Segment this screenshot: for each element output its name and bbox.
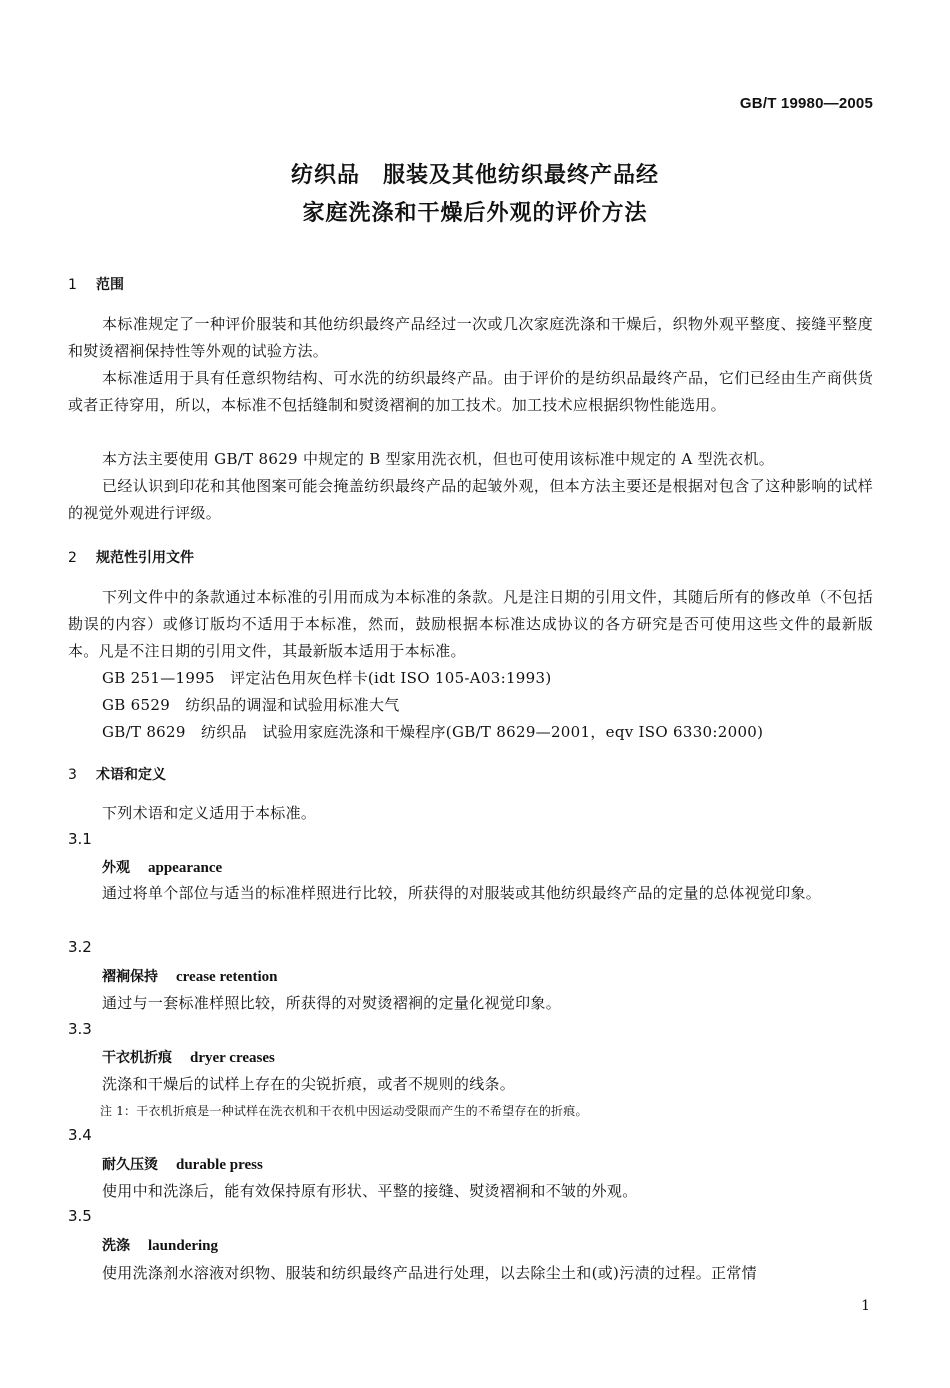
section-title: 术语和定义 (96, 767, 166, 783)
paragraph: 本标准适用于具有任意织物结构、可水洗的纺织最终产品。由于评价的是纺织品最终产品，… (68, 365, 873, 419)
section-2-heading: 2规范性引用文件 (68, 547, 194, 567)
section-3-heading: 3术语和定义 (68, 764, 166, 784)
term-en: crease retention (176, 969, 278, 985)
document-title-line-2: 家庭洗涤和干燥后外观的评价方法 (0, 196, 950, 227)
section-number: 1 (68, 277, 96, 293)
term-heading: 耐久压烫durable press (102, 1154, 263, 1174)
standard-code: GB/T 19980—2005 (740, 95, 873, 112)
term-zh: 洗涤 (102, 1238, 130, 1254)
paragraph: 已经认识到印花和其他图案可能会掩盖纺织最终产品的起皱外观，但本方法主要还是根据对… (68, 473, 873, 527)
clause-number: 3.4 (68, 1126, 92, 1144)
term-heading: 褶裥保持crease retention (102, 966, 278, 986)
term-definition: 使用中和洗涤后，能有效保持原有形状、平整的接缝、熨烫褶裥和不皱的外观。 (102, 1180, 638, 1201)
term-zh: 干衣机折痕 (102, 1050, 172, 1066)
section-title: 规范性引用文件 (96, 550, 194, 566)
paragraph: 本标准规定了一种评价服装和其他纺织最终产品经过一次或几次家庭洗涤和干燥后，织物外… (68, 311, 873, 365)
page-number: 1 (861, 1298, 870, 1314)
term-definition: 洗涤和干燥后的试样上存在的尖锐折痕，或者不规则的线条。 (102, 1073, 515, 1094)
term-note: 注 1：干衣机折痕是一种试样在洗衣机和干衣机中因运动受限而产生的不希望存在的折痕… (100, 1102, 588, 1119)
clause-number: 3.1 (68, 830, 92, 848)
paragraph: 本方法主要使用 GB/T 8629 中规定的 B 型家用洗衣机，但也可使用该标准… (68, 446, 873, 473)
term-heading: 干衣机折痕dryer creases (102, 1047, 275, 1067)
term-heading: 外观appearance (102, 857, 222, 877)
term-en: durable press (176, 1157, 263, 1173)
document-title-line-1: 纺织品 服装及其他纺织最终产品经 (0, 158, 950, 189)
reference-item: GB 251—1995 评定沾色用灰色样卡(idt ISO 105-A03:19… (102, 667, 552, 688)
term-zh: 外观 (102, 860, 130, 876)
term-zh: 褶裥保持 (102, 969, 158, 985)
term-definition: 使用洗涤剂水溶液对织物、服装和纺织最终产品进行处理，以去除尘土和(或)污渍的过程… (102, 1262, 757, 1283)
term-heading: 洗涤laundering (102, 1235, 218, 1255)
reference-item: GB 6529 纺织品的调湿和试验用标准大气 (102, 694, 400, 715)
section-1-heading: 1范围 (68, 274, 124, 294)
paragraph: 下列文件中的条款通过本标准的引用而成为本标准的条款。凡是注日期的引用文件，其随后… (68, 584, 873, 665)
term-definition: 通过将单个部位与适当的标准样照进行比较，所获得的对服装或其他纺织最终产品的定量的… (68, 880, 873, 907)
reference-item: GB/T 8629 纺织品 试验用家庭洗涤和干燥程序(GB/T 8629—200… (102, 721, 763, 742)
section-title: 范围 (96, 277, 124, 293)
clause-number: 3.3 (68, 1020, 92, 1038)
section-number: 3 (68, 767, 96, 783)
clause-number: 3.2 (68, 938, 92, 956)
section-number: 2 (68, 550, 96, 566)
section-intro: 下列术语和定义适用于本标准。 (102, 802, 316, 823)
term-en: dryer creases (190, 1050, 275, 1066)
term-en: laundering (148, 1238, 218, 1254)
clause-number: 3.5 (68, 1207, 92, 1225)
term-en: appearance (148, 860, 222, 876)
term-zh: 耐久压烫 (102, 1157, 158, 1173)
term-definition: 通过与一套标准样照比较，所获得的对熨烫褶裥的定量化视觉印象。 (102, 992, 561, 1013)
